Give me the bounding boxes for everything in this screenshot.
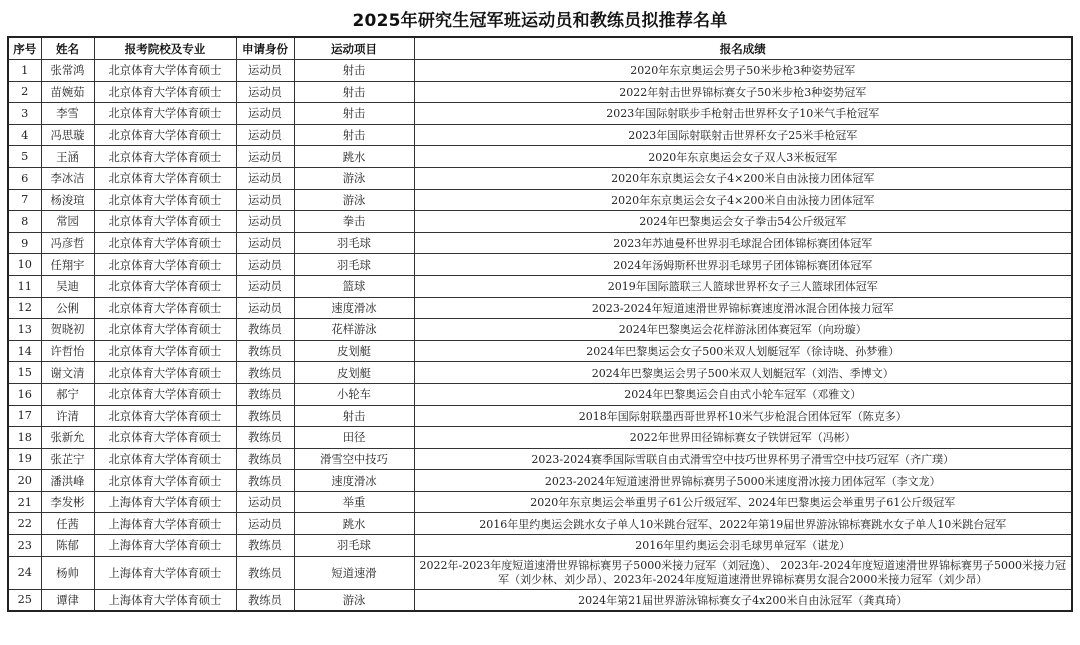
cell-name: 冯思璇 [41, 124, 94, 146]
cell-name: 谢文清 [41, 362, 94, 384]
table-row: 10任翔宇北京体育大学体育硕士运动员羽毛球2024年汤姆斯杯世界羽毛球男子团体锦… [8, 254, 1072, 276]
header-sport: 运动项目 [294, 37, 414, 60]
cell-school: 北京体育大学体育硕士 [94, 103, 236, 125]
table-body: 1张常鸿北京体育大学体育硕士运动员射击2020年东京奥运会男子50米步枪3种姿势… [8, 60, 1072, 612]
cell-no: 20 [8, 470, 41, 492]
cell-role: 教练员 [236, 556, 294, 589]
cell-sport: 射击 [294, 405, 414, 427]
cell-school: 北京体育大学体育硕士 [94, 319, 236, 341]
cell-name: 贺晓初 [41, 319, 94, 341]
cell-result: 2023年国际射联射击世界杯女子25米手枪冠军 [414, 124, 1072, 146]
cell-sport: 射击 [294, 124, 414, 146]
cell-sport: 举重 [294, 491, 414, 513]
cell-role: 运动员 [236, 146, 294, 168]
cell-result: 2024年巴黎奥运会花样游泳团体赛冠军（向玢璇） [414, 319, 1072, 341]
cell-name: 张新允 [41, 427, 94, 449]
cell-school: 北京体育大学体育硕士 [94, 427, 236, 449]
cell-no: 24 [8, 556, 41, 589]
cell-result: 2024年巴黎奥运会男子500米双人划艇冠军（刘浩、季博文） [414, 362, 1072, 384]
cell-role: 运动员 [236, 103, 294, 125]
cell-result: 2020年东京奥运会女子4×200米自由泳接力团体冠军 [414, 189, 1072, 211]
header-school: 报考院校及专业 [94, 37, 236, 60]
cell-no: 13 [8, 319, 41, 341]
cell-school: 北京体育大学体育硕士 [94, 297, 236, 319]
cell-name: 谭律 [41, 589, 94, 611]
cell-result: 2022年世界田径锦标赛女子铁饼冠军（冯彬） [414, 427, 1072, 449]
cell-role: 教练员 [236, 535, 294, 557]
cell-no: 11 [8, 275, 41, 297]
cell-no: 1 [8, 60, 41, 82]
cell-sport: 皮划艇 [294, 362, 414, 384]
cell-role: 运动员 [236, 513, 294, 535]
cell-role: 运动员 [236, 167, 294, 189]
cell-sport: 皮划艇 [294, 340, 414, 362]
cell-result: 2023-2024年短道速滑世界锦标赛男子5000米速度滑冰接力团体冠军（李文龙… [414, 470, 1072, 492]
cell-school: 北京体育大学体育硕士 [94, 275, 236, 297]
cell-name: 许清 [41, 405, 94, 427]
table-row: 5王涵北京体育大学体育硕士运动员跳水2020年东京奥运会女子双人3米板冠军 [8, 146, 1072, 168]
cell-no: 21 [8, 491, 41, 513]
header-name: 姓名 [41, 37, 94, 60]
cell-name: 杨浚瑄 [41, 189, 94, 211]
cell-no: 9 [8, 232, 41, 254]
cell-no: 3 [8, 103, 41, 125]
cell-result: 2023年国际射联步手枪射击世界杯女子10米气手枪冠军 [414, 103, 1072, 125]
table-row: 20潘洪峰北京体育大学体育硕士教练员速度滑冰2023-2024年短道速滑世界锦标… [8, 470, 1072, 492]
table-row: 3李雪北京体育大学体育硕士运动员射击2023年国际射联步手枪射击世界杯女子10米… [8, 103, 1072, 125]
recommendation-table: 序号 姓名 报考院校及专业 申请身份 运动项目 报名成绩 1张常鸿北京体育大学体… [7, 36, 1073, 612]
cell-no: 7 [8, 189, 41, 211]
cell-sport: 射击 [294, 60, 414, 82]
table-row: 25谭律上海体育大学体育硕士教练员游泳2024年第21届世界游泳锦标赛女子4x2… [8, 589, 1072, 611]
header-role: 申请身份 [236, 37, 294, 60]
cell-school: 上海体育大学体育硕士 [94, 491, 236, 513]
cell-role: 运动员 [236, 491, 294, 513]
cell-result: 2024年巴黎奥运会女子500米双人划艇冠军（徐诗晓、孙梦雅） [414, 340, 1072, 362]
cell-result: 2022年射击世界锦标赛女子50米步枪3种姿势冠军 [414, 81, 1072, 103]
table-row: 17许清北京体育大学体育硕士教练员射击2018年国际射联墨西哥世界杯10米气步枪… [8, 405, 1072, 427]
table-row: 16郝宁北京体育大学体育硕士教练员小轮车2024年巴黎奥运会自由式小轮车冠军（邓… [8, 383, 1072, 405]
cell-result: 2016年里约奥运会跳水女子单人10米跳台冠军、2022年第19届世界游泳锦标赛… [414, 513, 1072, 535]
table-row: 2苗婉茹北京体育大学体育硕士运动员射击2022年射击世界锦标赛女子50米步枪3种… [8, 81, 1072, 103]
cell-sport: 小轮车 [294, 383, 414, 405]
cell-name: 李冰洁 [41, 167, 94, 189]
cell-name: 苗婉茹 [41, 81, 94, 103]
cell-sport: 速度滑冰 [294, 470, 414, 492]
table-row: 15谢文清北京体育大学体育硕士教练员皮划艇2024年巴黎奥运会男子500米双人划… [8, 362, 1072, 384]
cell-school: 北京体育大学体育硕士 [94, 448, 236, 470]
cell-school: 上海体育大学体育硕士 [94, 556, 236, 589]
cell-sport: 滑雪空中技巧 [294, 448, 414, 470]
cell-result: 2023年苏迪曼杯世界羽毛球混合团体锦标赛团体冠军 [414, 232, 1072, 254]
cell-name: 公俐 [41, 297, 94, 319]
cell-role: 教练员 [236, 427, 294, 449]
cell-no: 12 [8, 297, 41, 319]
cell-name: 吴迪 [41, 275, 94, 297]
cell-role: 运动员 [236, 60, 294, 82]
cell-sport: 射击 [294, 103, 414, 125]
cell-no: 15 [8, 362, 41, 384]
cell-name: 许哲怡 [41, 340, 94, 362]
cell-role: 运动员 [236, 297, 294, 319]
cell-school: 北京体育大学体育硕士 [94, 254, 236, 276]
table-row: 12公俐北京体育大学体育硕士运动员速度滑冰2023-2024年短道速滑世界锦标赛… [8, 297, 1072, 319]
cell-school: 北京体育大学体育硕士 [94, 146, 236, 168]
cell-sport: 短道速滑 [294, 556, 414, 589]
cell-role: 教练员 [236, 448, 294, 470]
cell-name: 任茜 [41, 513, 94, 535]
cell-no: 5 [8, 146, 41, 168]
cell-role: 教练员 [236, 383, 294, 405]
table-row: 13贺晓初北京体育大学体育硕士教练员花样游泳2024年巴黎奥运会花样游泳团体赛冠… [8, 319, 1072, 341]
table-row: 22任茜上海体育大学体育硕士运动员跳水2016年里约奥运会跳水女子单人10米跳台… [8, 513, 1072, 535]
cell-result: 2024年第21届世界游泳锦标赛女子4x200米自由泳冠军（龚真琦） [414, 589, 1072, 611]
cell-sport: 游泳 [294, 589, 414, 611]
cell-school: 上海体育大学体育硕士 [94, 589, 236, 611]
cell-school: 北京体育大学体育硕士 [94, 405, 236, 427]
cell-role: 运动员 [236, 275, 294, 297]
cell-result: 2020年东京奥运会男子50米步枪3种姿势冠军 [414, 60, 1072, 82]
cell-role: 教练员 [236, 470, 294, 492]
cell-name: 李发彬 [41, 491, 94, 513]
table-row: 9冯彦哲北京体育大学体育硕士运动员羽毛球2023年苏迪曼杯世界羽毛球混合团体锦标… [8, 232, 1072, 254]
cell-name: 冯彦哲 [41, 232, 94, 254]
cell-school: 北京体育大学体育硕士 [94, 167, 236, 189]
cell-no: 6 [8, 167, 41, 189]
cell-sport: 跳水 [294, 513, 414, 535]
cell-school: 上海体育大学体育硕士 [94, 513, 236, 535]
table-row: 4冯思璇北京体育大学体育硕士运动员射击2023年国际射联射击世界杯女子25米手枪… [8, 124, 1072, 146]
table-header-row: 序号 姓名 报考院校及专业 申请身份 运动项目 报名成绩 [8, 37, 1072, 60]
cell-role: 教练员 [236, 589, 294, 611]
cell-no: 16 [8, 383, 41, 405]
cell-result: 2020年东京奥运会举重男子61公斤级冠军、2024年巴黎奥运会举重男子61公斤… [414, 491, 1072, 513]
cell-result: 2020年东京奥运会女子4×200米自由泳接力团体冠军 [414, 167, 1072, 189]
table-row: 19张芷宁北京体育大学体育硕士教练员滑雪空中技巧2023-2024赛季国际雪联自… [8, 448, 1072, 470]
table-row: 21李发彬上海体育大学体育硕士运动员举重2020年东京奥运会举重男子61公斤级冠… [8, 491, 1072, 513]
header-result: 报名成绩 [414, 37, 1072, 60]
cell-sport: 游泳 [294, 189, 414, 211]
document-title: 2025年研究生冠军班运动员和教练员拟推荐名单 [0, 6, 1080, 31]
cell-role: 教练员 [236, 362, 294, 384]
cell-result: 2023-2024年短道速滑世界锦标赛速度滑冰混合团体接力冠军 [414, 297, 1072, 319]
cell-school: 北京体育大学体育硕士 [94, 232, 236, 254]
table-row: 7杨浚瑄北京体育大学体育硕士运动员游泳2020年东京奥运会女子4×200米自由泳… [8, 189, 1072, 211]
cell-name: 陈郁 [41, 535, 94, 557]
cell-sport: 羽毛球 [294, 535, 414, 557]
cell-sport: 拳击 [294, 211, 414, 233]
table-row: 6李冰洁北京体育大学体育硕士运动员游泳2020年东京奥运会女子4×200米自由泳… [8, 167, 1072, 189]
table-row: 24杨帅上海体育大学体育硕士教练员短道速滑2022年-2023年度短道速滑世界锦… [8, 556, 1072, 589]
table-row: 14许哲怡北京体育大学体育硕士教练员皮划艇2024年巴黎奥运会女子500米双人划… [8, 340, 1072, 362]
cell-name: 常园 [41, 211, 94, 233]
cell-role: 教练员 [236, 405, 294, 427]
cell-no: 4 [8, 124, 41, 146]
cell-school: 北京体育大学体育硕士 [94, 211, 236, 233]
cell-sport: 田径 [294, 427, 414, 449]
cell-role: 运动员 [236, 189, 294, 211]
cell-result: 2024年巴黎奥运会女子拳击54公斤级冠军 [414, 211, 1072, 233]
cell-result: 2024年汤姆斯杯世界羽毛球男子团体锦标赛团体冠军 [414, 254, 1072, 276]
cell-name: 李雪 [41, 103, 94, 125]
cell-school: 北京体育大学体育硕士 [94, 340, 236, 362]
cell-result: 2018年国际射联墨西哥世界杯10米气步枪混合团体冠军（陈克多） [414, 405, 1072, 427]
cell-role: 运动员 [236, 211, 294, 233]
cell-role: 教练员 [236, 340, 294, 362]
table-row: 8常园北京体育大学体育硕士运动员拳击2024年巴黎奥运会女子拳击54公斤级冠军 [8, 211, 1072, 233]
cell-result: 2019年国际篮联三人篮球世界杯女子三人篮球团体冠军 [414, 275, 1072, 297]
table-row: 23陈郁上海体育大学体育硕士教练员羽毛球2016年里约奥运会羽毛球男单冠军（谌龙… [8, 535, 1072, 557]
cell-no: 18 [8, 427, 41, 449]
cell-school: 北京体育大学体育硕士 [94, 81, 236, 103]
cell-no: 14 [8, 340, 41, 362]
cell-result: 2022年-2023年度短道速滑世界锦标赛男子5000米接力冠军（刘冠逸）、 2… [414, 556, 1072, 589]
cell-name: 杨帅 [41, 556, 94, 589]
cell-school: 北京体育大学体育硕士 [94, 383, 236, 405]
cell-role: 运动员 [236, 81, 294, 103]
header-no: 序号 [8, 37, 41, 60]
cell-no: 25 [8, 589, 41, 611]
cell-name: 郝宁 [41, 383, 94, 405]
table-row: 1张常鸿北京体育大学体育硕士运动员射击2020年东京奥运会男子50米步枪3种姿势… [8, 60, 1072, 82]
cell-role: 运动员 [236, 254, 294, 276]
cell-sport: 羽毛球 [294, 232, 414, 254]
cell-sport: 花样游泳 [294, 319, 414, 341]
cell-school: 北京体育大学体育硕士 [94, 124, 236, 146]
cell-result: 2020年东京奥运会女子双人3米板冠军 [414, 146, 1072, 168]
cell-name: 张芷宁 [41, 448, 94, 470]
cell-name: 潘洪峰 [41, 470, 94, 492]
cell-school: 北京体育大学体育硕士 [94, 60, 236, 82]
cell-role: 运动员 [236, 232, 294, 254]
cell-school: 上海体育大学体育硕士 [94, 535, 236, 557]
cell-no: 8 [8, 211, 41, 233]
cell-result: 2024年巴黎奥运会自由式小轮车冠军（邓雅文） [414, 383, 1072, 405]
cell-school: 北京体育大学体育硕士 [94, 362, 236, 384]
cell-no: 2 [8, 81, 41, 103]
cell-no: 22 [8, 513, 41, 535]
cell-sport: 速度滑冰 [294, 297, 414, 319]
cell-result: 2023-2024赛季国际雪联自由式滑雪空中技巧世界杯男子滑雪空中技巧冠军（齐广… [414, 448, 1072, 470]
cell-no: 19 [8, 448, 41, 470]
cell-role: 教练员 [236, 319, 294, 341]
cell-sport: 羽毛球 [294, 254, 414, 276]
cell-sport: 游泳 [294, 167, 414, 189]
cell-result: 2016年里约奥运会羽毛球男单冠军（谌龙） [414, 535, 1072, 557]
table-row: 11吴迪北京体育大学体育硕士运动员篮球2019年国际篮联三人篮球世界杯女子三人篮… [8, 275, 1072, 297]
cell-role: 运动员 [236, 124, 294, 146]
table-row: 18张新允北京体育大学体育硕士教练员田径2022年世界田径锦标赛女子铁饼冠军（冯… [8, 427, 1072, 449]
cell-sport: 跳水 [294, 146, 414, 168]
cell-name: 张常鸿 [41, 60, 94, 82]
cell-sport: 射击 [294, 81, 414, 103]
cell-no: 23 [8, 535, 41, 557]
cell-school: 北京体育大学体育硕士 [94, 470, 236, 492]
cell-sport: 篮球 [294, 275, 414, 297]
cell-name: 王涵 [41, 146, 94, 168]
cell-no: 10 [8, 254, 41, 276]
cell-name: 任翔宇 [41, 254, 94, 276]
cell-school: 北京体育大学体育硕士 [94, 189, 236, 211]
cell-no: 17 [8, 405, 41, 427]
